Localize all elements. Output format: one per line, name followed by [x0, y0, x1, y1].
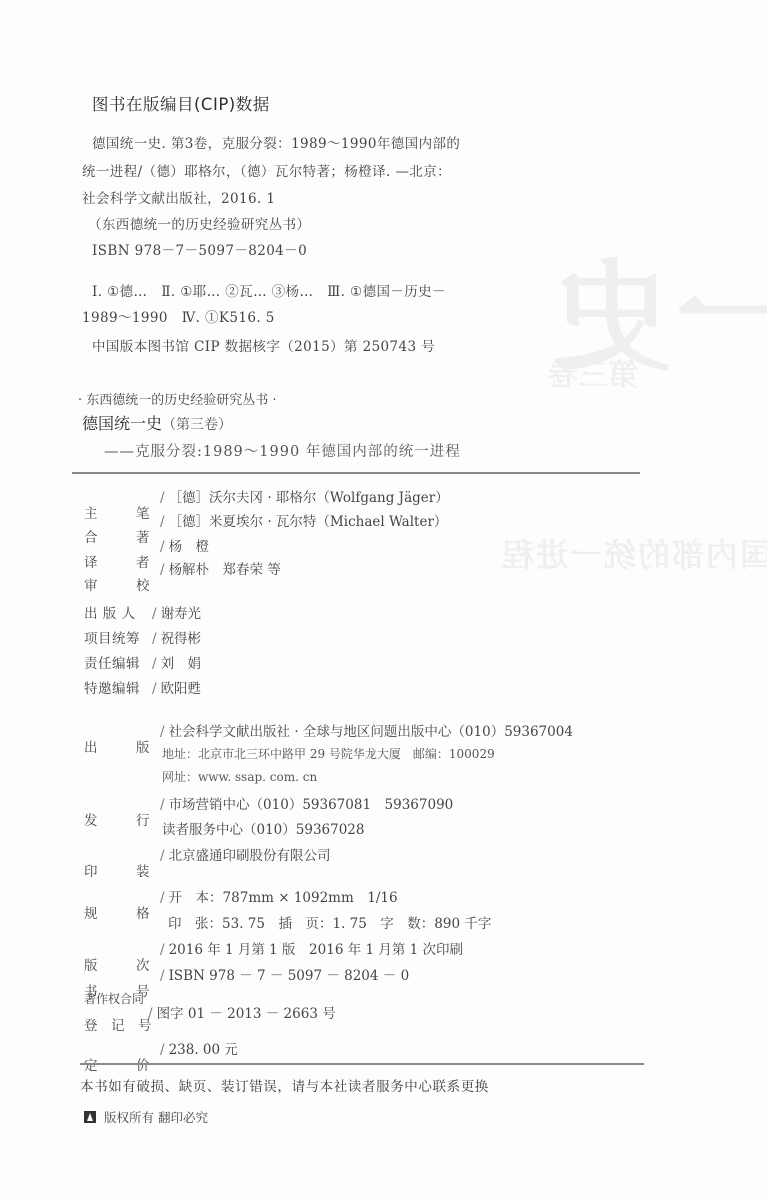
book-title-main: 德国统一史: [82, 414, 162, 433]
cip-approval: 中国版本图书馆 CIP 数据核字（2015）第 250743 号: [92, 335, 435, 355]
price-row: 定价/238. 00 元: [84, 1038, 238, 1058]
edition-row: 版次/2016 年 1 月第 1 版 2016 年 1 月第 1 次印刷: [84, 938, 463, 958]
sheets-info: 印 张：53. 75 插 页：1. 75 字 数：890 千字: [168, 912, 491, 932]
publisher-address: 地址：北京市北三环中路甲 29 号院华龙大厦 邮编：100029: [162, 745, 495, 762]
book-title-volume: （第三卷）: [162, 417, 232, 433]
copyright-reg-label-top: 著作权合同: [84, 990, 144, 1007]
book-subtitle: ——克服分裂:1989～1990 年德国内部的统一进程: [104, 440, 461, 461]
isbn-row: 书号/ISBN 978 － 7 － 5097 － 8204 － 0: [84, 964, 409, 984]
cip-series-line: （东西德统一的历史经验研究丛书）: [88, 213, 310, 233]
cip-line-2: 统一进程/（德）耶格尔，（德）瓦尔特著；杨橙译. —北京：: [82, 160, 451, 180]
credit-value: ［德］米夏埃尔 · 瓦尔特（Michael Walter）: [169, 514, 448, 530]
cip-line-3: 社会科学文献出版社，2016. 1: [82, 187, 275, 207]
separator-rule-bottom: [80, 1063, 644, 1065]
publisher-website: 网址：www. ssap. com. cn: [162, 768, 317, 785]
bleed-through-volume: 第三卷: [548, 350, 638, 394]
credit-row-chief-author: 主笔/［德］沃尔夫冈 · 耶格尔（Wolfgang Jäger）: [84, 486, 449, 506]
format-row: 规格/开 本：787mm × 1092mm 1/16: [84, 886, 398, 906]
bleed-through-subtitle: 1989－1990年德国内部的统一进程: [500, 530, 767, 576]
staff-row-guest-editor: 特邀编辑/欧阳甦: [84, 677, 201, 697]
credit-row-reviewer: 审校/杨解朴 郑春荣 等: [84, 558, 281, 578]
series-label: · 东西德统一的历史经验研究丛书 ·: [78, 389, 277, 408]
staff-row-responsible-editor: 责任编辑/刘 娟: [84, 652, 201, 672]
cip-isbn-line: ISBN 978－7－5097－8204－0: [92, 239, 307, 259]
credit-value: 杨 橙: [169, 539, 210, 555]
book-title: 德国统一史（第三卷）: [82, 411, 232, 434]
credit-value: 杨解朴 郑春荣 等: [169, 562, 281, 578]
damage-notice: 本书如有破损、缺页、装订错误，请与本社读者服务中心联系更换: [80, 1075, 489, 1095]
cip-classification-2: 1989～1990 Ⅳ. ①K516. 5: [82, 306, 275, 326]
publisher-logo-icon: [84, 1111, 96, 1123]
printing-row: 印装/北京盛通印刷股份有限公司: [84, 844, 331, 864]
cip-classification-1: Ⅰ. ①德… Ⅱ. ①耶… ②瓦… ③杨… Ⅲ. ①德国－历史－: [92, 280, 446, 300]
distribution-row: 发行/市场营销中心（010）59367081 59367090: [84, 793, 453, 813]
staff-row-project-coordinator: 项目统筹/祝得彬: [84, 627, 201, 647]
separator-rule-top: [72, 472, 640, 474]
copyright-reg-label-bottom: 登 记 号: [84, 1014, 152, 1034]
cip-line-1: 德国统一史. 第3卷，克服分裂：1989～1990年德国内部的: [92, 132, 460, 152]
rights-statement: 版权所有 翻印必究: [84, 1108, 208, 1126]
publisher-row: 出版/社会科学文献出版社 · 全球与地区问题出版中心（010）59367004: [84, 720, 573, 740]
copyright-reg-row: /图字 01 － 2013 － 2663 号: [148, 1002, 336, 1022]
cip-heading: 图书在版编目(CIP)数据: [92, 91, 270, 115]
staff-row-publisher: 出 版 人/谢寿光: [84, 602, 201, 622]
bleed-through-title: 德国统一史: [548, 222, 767, 394]
rights-text: 版权所有 翻印必究: [104, 1108, 208, 1126]
reader-service: 读者服务中心（010）59367028: [162, 818, 364, 838]
credit-row-co-author: 合著/［德］米夏埃尔 · 瓦尔特（Michael Walter）: [84, 510, 447, 530]
credit-row-translator: 译者/杨 橙: [84, 535, 209, 555]
credit-value: ［德］沃尔夫冈 · 耶格尔（Wolfgang Jäger）: [169, 490, 449, 506]
